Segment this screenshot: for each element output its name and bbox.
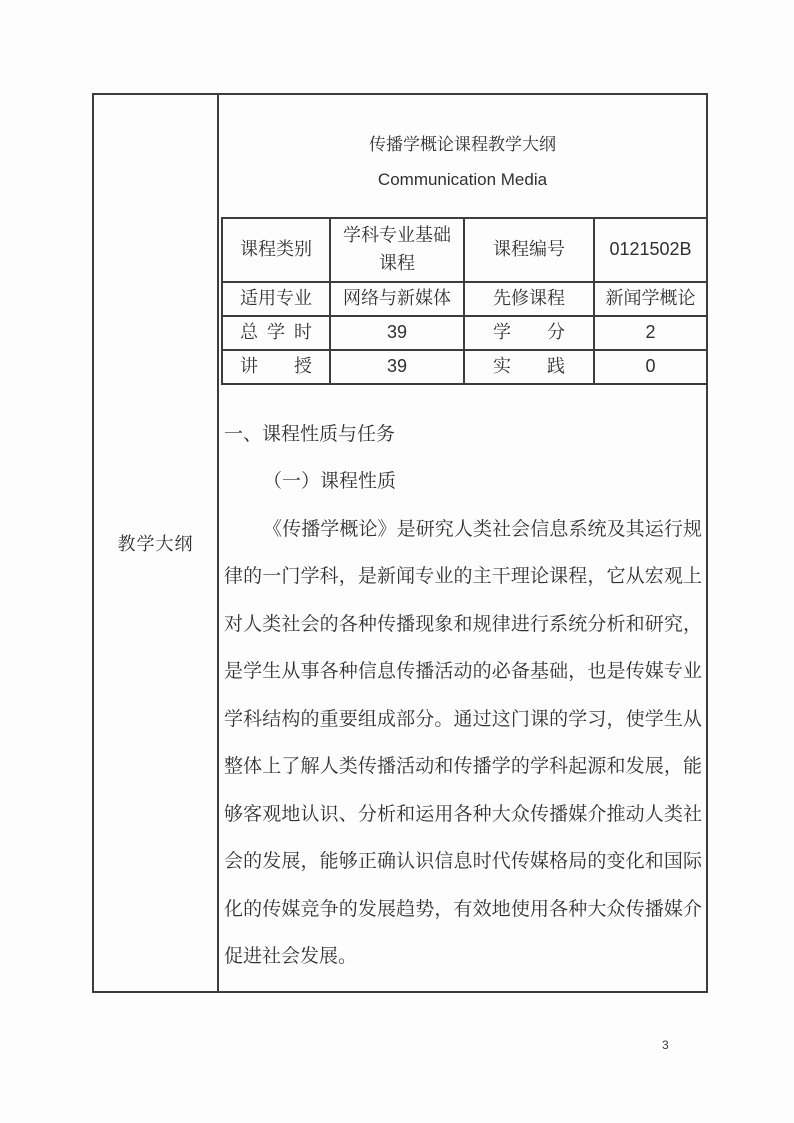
prerequisite-label: 先修课程 — [493, 285, 565, 313]
syllabus-outer-table: 教学大纲 传播学概论课程教学大纲 Communication Media 课程类… — [92, 93, 708, 993]
document-page: 教学大纲 传播学概论课程教学大纲 Communication Media 课程类… — [0, 0, 794, 1123]
total-hours-label: 总学时 — [240, 319, 312, 347]
lecture-hours-label-cell: 讲授 — [222, 350, 330, 384]
subsection-heading: （一）课程性质 — [224, 458, 702, 506]
table-row: 讲授 39 实践 0 — [222, 350, 706, 384]
course-code-label: 课程编号 — [493, 236, 565, 264]
prerequisite-value-cell: 新闻学概论 — [594, 282, 706, 316]
total-hours-value-cell: 39 — [330, 316, 464, 350]
applicable-major-label-cell: 适用专业 — [222, 282, 330, 316]
paragraph-line: 《传播学概论》是研究人类社会信息系统及其运行规 — [224, 506, 702, 554]
prerequisite-label-cell: 先修课程 — [464, 282, 594, 316]
row-header-cell: 教学大纲 — [94, 95, 219, 991]
table-row: 适用专业 网络与新媒体 先修课程 新闻学概论 — [222, 282, 706, 316]
practice-label-cell: 实践 — [464, 350, 594, 384]
paragraph-line: 学科结构的重要组成部分。通过这门课的学习，使学生从 — [224, 696, 702, 744]
course-title-english: Communication Media — [221, 162, 704, 197]
paragraph-line: 是学生从事各种信息传播活动的必备基础，也是传媒专业 — [224, 648, 702, 696]
title-block: 传播学概论课程教学大纲 Communication Media — [221, 127, 704, 197]
credits-label: 学分 — [493, 319, 565, 347]
section-heading: 一、课程性质与任务 — [224, 411, 702, 459]
course-description: 一、课程性质与任务 （一）课程性质 《传播学概论》是研究人类社会信息系统及其运行… — [221, 411, 704, 981]
course-info-table: 课程类别 学科专业基础课程 课程编号 0121502B 适用专业 网络与新媒体 … — [221, 217, 706, 385]
applicable-major-label: 适用专业 — [240, 285, 312, 313]
paragraph-line: 促进社会发展。 — [224, 933, 702, 981]
course-category-label: 课程类别 — [240, 236, 312, 264]
paragraph-line: 整体上了解人类传播活动和传播学的学科起源和发展，能 — [224, 743, 702, 791]
practice-value-cell: 0 — [594, 350, 706, 384]
course-category-value-cell: 学科专业基础课程 — [330, 218, 464, 282]
practice-label: 实践 — [493, 353, 565, 381]
course-category-label-cell: 课程类别 — [222, 218, 330, 282]
paragraph-line: 对人类社会的各种传播现象和规律进行系统分析和研究， — [224, 601, 702, 649]
paragraph-line: 化的传媒竞争的发展趋势，有效地使用各种大众传播媒介 — [224, 886, 702, 934]
lecture-hours-value-cell: 39 — [330, 350, 464, 384]
paragraph-line: 够客观地认识、分析和运用各种大众传播媒介推动人类社 — [224, 791, 702, 839]
course-title-chinese: 传播学概论课程教学大纲 — [221, 127, 704, 162]
table-row: 课程类别 学科专业基础课程 课程编号 0121502B — [222, 218, 706, 282]
table-row: 总学时 39 学分 2 — [222, 316, 706, 350]
lecture-hours-label: 讲授 — [240, 353, 312, 381]
paragraph-line: 会的发展，能够正确认识信息时代传媒格局的变化和国际 — [224, 838, 702, 886]
applicable-major-value-cell: 网络与新媒体 — [330, 282, 464, 316]
paragraph-line: 律的一门学科，是新闻专业的主干理论课程，它从宏观上 — [224, 553, 702, 601]
credits-label-cell: 学分 — [464, 316, 594, 350]
total-hours-label-cell: 总学时 — [222, 316, 330, 350]
course-code-value-cell: 0121502B — [594, 218, 706, 282]
course-code-label-cell: 课程编号 — [464, 218, 594, 282]
row-header-label: 教学大纲 — [118, 530, 194, 556]
syllabus-content-cell: 传播学概论课程教学大纲 Communication Media 课程类别 学科专… — [219, 95, 706, 991]
page-number: 3 — [662, 1038, 669, 1052]
credits-value-cell: 2 — [594, 316, 706, 350]
